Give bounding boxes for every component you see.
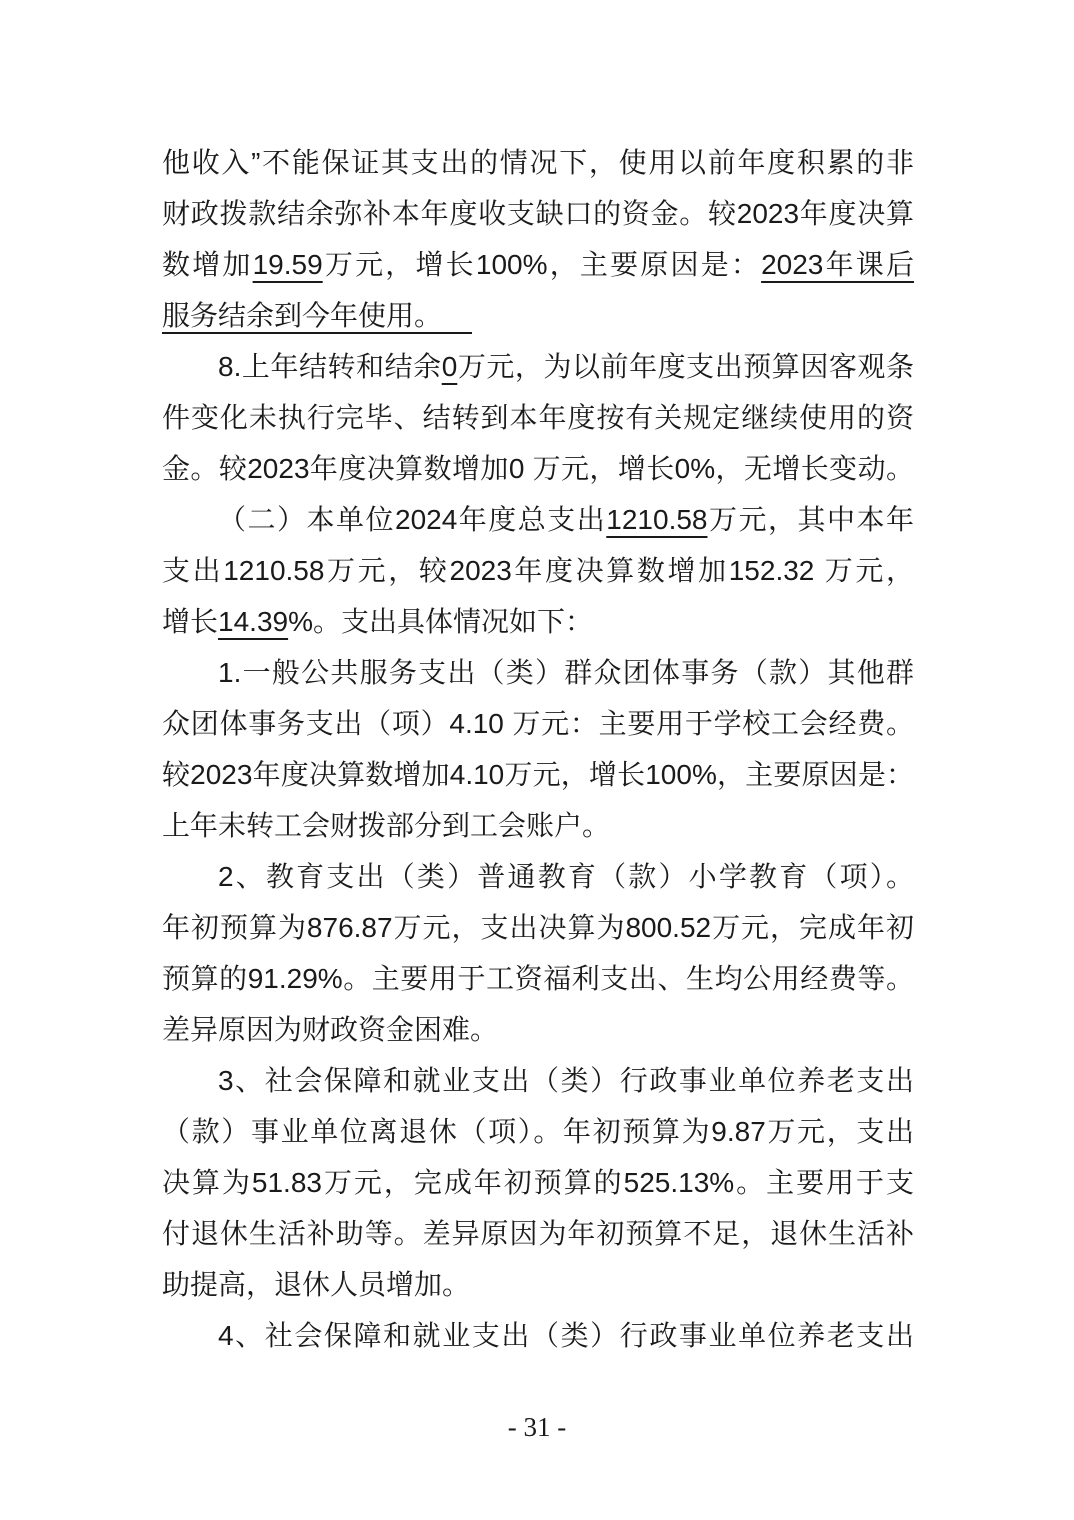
text-segment: 他收入”不能保证其支出的情况下，使用以前年度积累的非: [162, 147, 914, 178]
text-segment: 金。较2023年度决算数增加0 万元，增长0%，无增长变动。: [162, 453, 914, 484]
text-line: 他收入”不能保证其支出的情况下，使用以前年度积累的非: [162, 137, 914, 188]
text-line: 服务结余到今年使用。: [162, 290, 914, 341]
text-segment: （款）事业单位离退休（项）。年初预算为9.87万元，支出: [162, 1116, 914, 1147]
text-segment: 年初预算为876.87万元，支出决算为800.52万元，完成年初: [162, 912, 914, 943]
underlined-text: 服务结余到今年使用。: [162, 300, 442, 331]
text-segment: 万元，为以前年度支出预算因客观条: [457, 351, 914, 382]
text-line: 助提高，退休人员增加。: [162, 1259, 914, 1310]
underlined-text: 2023年课后: [761, 249, 914, 280]
text-segment: 预算的91.29%。主要用于工资福利支出、生均公用经费等。: [162, 963, 914, 994]
text-segment: 助提高，退休人员增加。: [162, 1269, 470, 1300]
text-segment: 较2023年度决算数增加4.10万元，增长100%，主要原因是：: [162, 759, 914, 790]
text-segment: 差异原因为财政资金困难。: [162, 1014, 498, 1045]
text-segment: 付退休生活补助等。差异原因为年初预算不足，退休生活补: [162, 1218, 914, 1249]
text-line: 年初预算为876.87万元，支出决算为800.52万元，完成年初: [162, 902, 914, 953]
text-segment: 8.上年结转和结余: [218, 351, 442, 382]
text-line: 付退休生活补助等。差异原因为年初预算不足，退休生活补: [162, 1208, 914, 1259]
text-segment: 1.一般公共服务支出（类）群众团体事务（款）其他群: [218, 657, 914, 688]
text-line: 上年未转工会财拨部分到工会账户。: [162, 800, 914, 851]
underlined-value: 1210.58: [606, 504, 707, 535]
text-line: 2、教育支出（类）普通教育（款）小学教育（项）。: [162, 851, 914, 902]
text-segment: 财政拨款结余弥补本年度收支缺口的资金。较2023年度决算: [162, 198, 914, 229]
text-segment: %。支出具体情况如下：: [288, 606, 593, 637]
text-segment: 3、社会保障和就业支出（类）行政事业单位养老支出: [218, 1065, 914, 1096]
text-line: 较2023年度决算数增加4.10万元，增长100%，主要原因是：: [162, 749, 914, 800]
text-line: 数增加19.59万元，增长100%，主要原因是：2023年课后: [162, 239, 914, 290]
text-line: 4、社会保障和就业支出（类）行政事业单位养老支出: [162, 1310, 914, 1361]
document-body: 他收入”不能保证其支出的情况下，使用以前年度积累的非 财政拨款结余弥补本年度收支…: [162, 137, 914, 1361]
text-line: （款）事业单位离退休（项）。年初预算为9.87万元，支出: [162, 1106, 914, 1157]
text-segment: 支出1210.58万元，较2023年度决算数增加152.32 万元，: [162, 555, 914, 586]
text-line: 财政拨款结余弥补本年度收支缺口的资金。较2023年度决算: [162, 188, 914, 239]
text-line: 8.上年结转和结余0万元，为以前年度支出预算因客观条: [162, 341, 914, 392]
text-segment: 上年未转工会财拨部分到工会账户。: [162, 810, 610, 841]
text-line: 众团体事务支出（项）4.10 万元：主要用于学校工会经费。: [162, 698, 914, 749]
text-line: 3、社会保障和就业支出（类）行政事业单位养老支出: [162, 1055, 914, 1106]
text-line: 件变化未执行完毕、结转到本年度按有关规定继续使用的资: [162, 392, 914, 443]
text-segment: 增长: [162, 606, 218, 637]
underlined-value: 14.39: [218, 606, 288, 637]
underlined-value: 0: [442, 351, 458, 382]
text-segment: 4、社会保障和就业支出（类）行政事业单位养老支出: [218, 1320, 914, 1351]
text-line: 1.一般公共服务支出（类）群众团体事务（款）其他群: [162, 647, 914, 698]
document-page: 他收入”不能保证其支出的情况下，使用以前年度积累的非 财政拨款结余弥补本年度收支…: [0, 0, 1074, 1520]
text-segment: （二）本单位2024年度总支出: [218, 504, 606, 535]
text-line: 增长14.39%。支出具体情况如下：: [162, 596, 914, 647]
text-line: 金。较2023年度决算数增加0 万元，增长0%，无增长变动。: [162, 443, 914, 494]
text-segment: 决算为51.83万元，完成年初预算的525.13%。主要用于支: [162, 1167, 914, 1198]
text-segment: 万元，增长100%，主要原因是：: [323, 249, 761, 280]
text-segment: 件变化未执行完毕、结转到本年度按有关规定继续使用的资: [162, 402, 914, 433]
text-segment: 众团体事务支出（项）4.10 万元：主要用于学校工会经费。: [162, 708, 914, 739]
text-segment: 2、教育支出（类）普通教育（款）小学教育（项）。: [218, 861, 914, 892]
page-number: - 31 -: [0, 1412, 1074, 1443]
underline-tail: [442, 330, 472, 334]
text-line: （二）本单位2024年度总支出1210.58万元，其中本年: [162, 494, 914, 545]
text-segment: 数增加: [162, 249, 253, 280]
underlined-value: 19.59: [253, 249, 323, 280]
text-segment: 万元，其中本年: [708, 504, 915, 535]
text-line: 差异原因为财政资金困难。: [162, 1004, 914, 1055]
text-line: 预算的91.29%。主要用于工资福利支出、生均公用经费等。: [162, 953, 914, 1004]
text-line: 支出1210.58万元，较2023年度决算数增加152.32 万元，: [162, 545, 914, 596]
text-line: 决算为51.83万元，完成年初预算的525.13%。主要用于支: [162, 1157, 914, 1208]
